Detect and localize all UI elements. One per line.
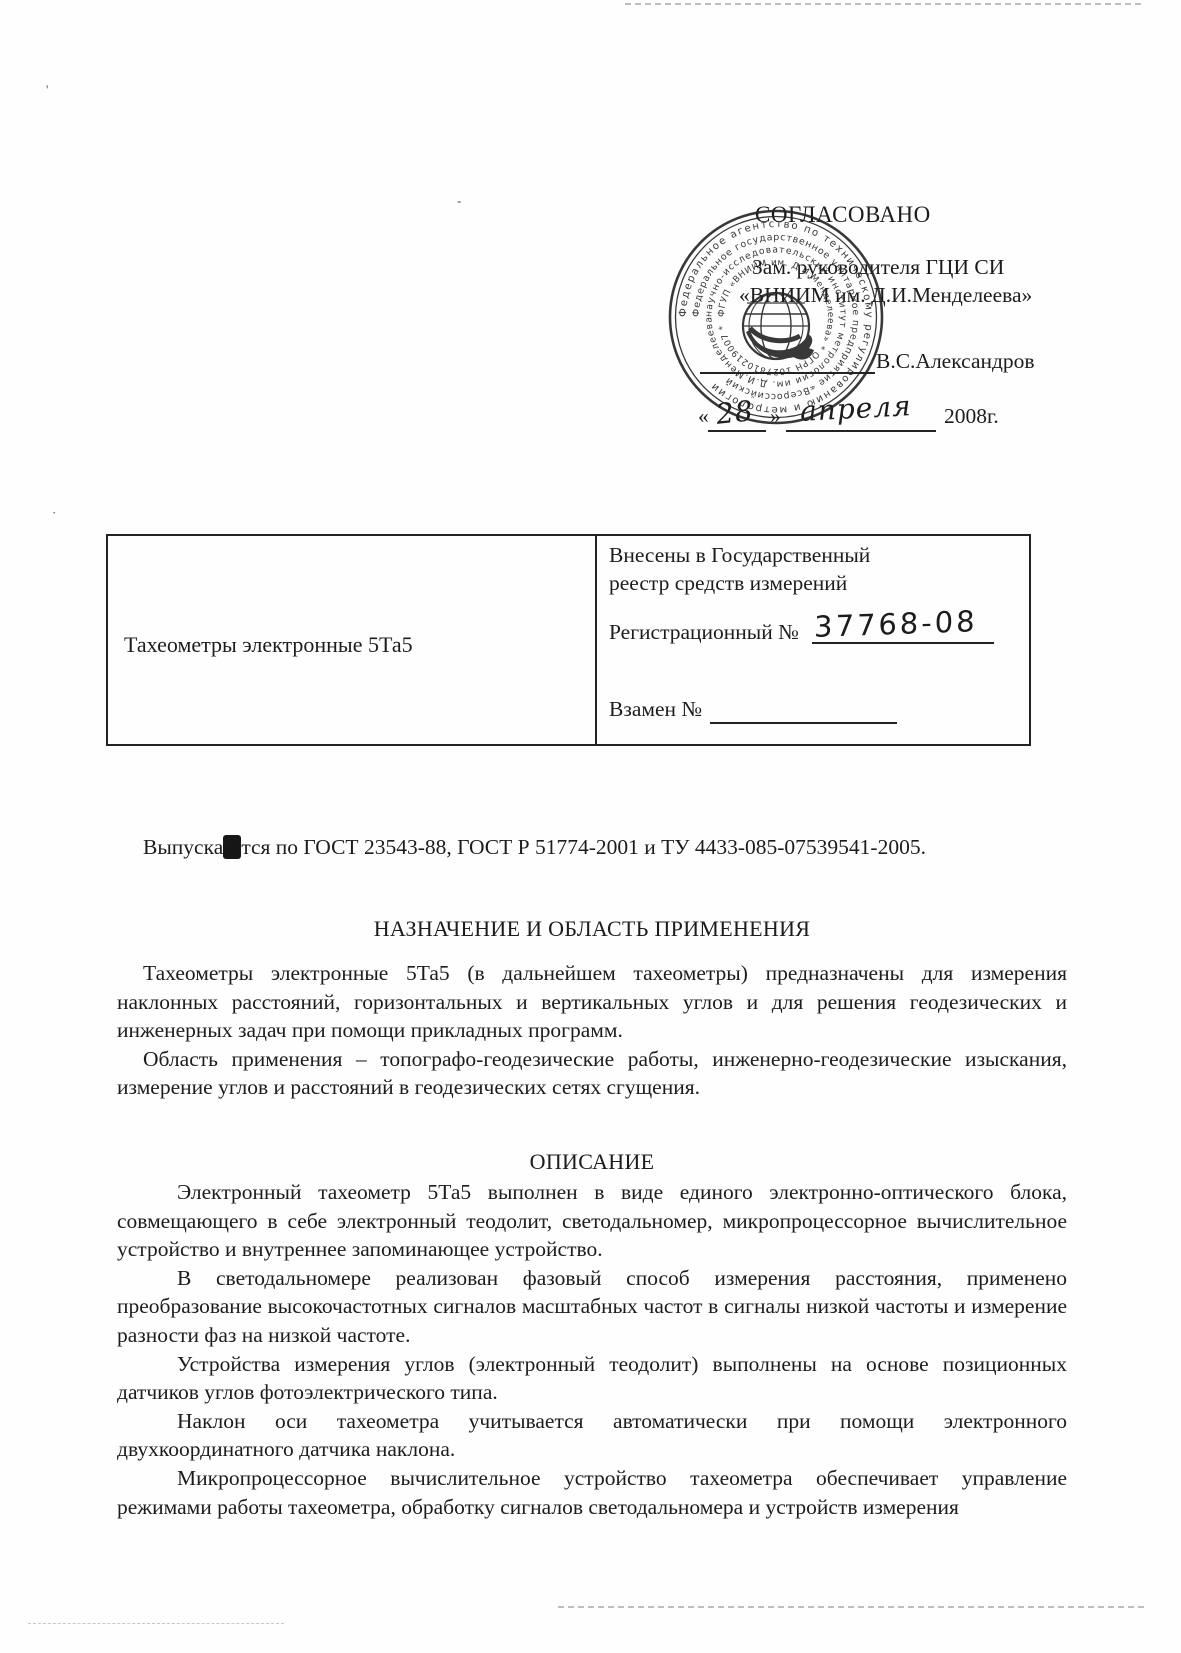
paragraph: Электронный тахеометр 5Та5 выполнен в ви… <box>117 1178 1067 1264</box>
paragraph: Область применения – топографо-геодезиче… <box>117 1045 1067 1102</box>
registry-entry-line1: Внесены в Государственный <box>609 543 870 568</box>
signer-name: В.С.Александров <box>876 349 1035 374</box>
paragraph: Микропроцессорное вычислительное устройс… <box>117 1464 1067 1521</box>
scan-artifact-top-line <box>625 3 1141 5</box>
section-heading-purpose: НАЗНАЧЕНИЕ И ОБЛАСТЬ ПРИМЕНЕНИЯ <box>117 916 1067 942</box>
date-year: 2008г. <box>944 404 999 429</box>
issued-prefix: Выпуска <box>143 835 223 859</box>
scanned-document-page: ' - · СОГЛАСОВАНО Зам. руководителя ГЦИ … <box>0 0 1181 1653</box>
registry-table: Тахеометры электронные 5Та5 Внесены в Го… <box>106 534 1031 746</box>
paragraph: Устройства измерения углов (электронный … <box>117 1350 1067 1407</box>
paragraph: Наклон оси тахеометра учитывается автома… <box>117 1407 1067 1464</box>
issued-standards-line: Выпускаются по ГОСТ 23543-88, ГОСТ Р 517… <box>117 835 1067 860</box>
issued-suffix: тся по ГОСТ 23543-88, ГОСТ Р 51774-2001 … <box>241 835 926 859</box>
registry-table-divider <box>595 536 597 744</box>
section-purpose-body: Тахеометры электронные 5Та5 (в дальнейше… <box>117 959 1067 1102</box>
paragraph: В светодальномере реализован фазовый спо… <box>117 1264 1067 1350</box>
scan-speck-left-margin: · <box>52 505 56 521</box>
ink-blot: ю <box>223 835 241 859</box>
registry-entry-line2: реестр средств измерений <box>609 571 847 596</box>
registration-number-label: Регистрационный № <box>609 620 799 644</box>
section-description-body: Электронный тахеометр 5Та5 выполнен в ви… <box>117 1178 1067 1521</box>
scan-artifact-bottom-line <box>558 1606 1144 1608</box>
registration-number-underline <box>812 620 994 644</box>
scan-speck-top-left: ' <box>46 82 48 98</box>
round-seal-stamp: Федеральное агентство по техническому ре… <box>664 205 888 429</box>
section-heading-description: ОПИСАНИЕ <box>117 1149 1067 1175</box>
stamp-ring2-text: Федеральное государственное унитарное пр… <box>691 232 861 402</box>
replaces-label: Взамен № <box>609 697 702 722</box>
scan-artifact-bottom-left <box>28 1623 284 1624</box>
replaces-underline <box>710 700 897 724</box>
device-name-cell: Тахеометры электронные 5Та5 <box>124 632 413 658</box>
paragraph: Тахеометры электронные 5Та5 (в дальнейше… <box>117 959 1067 1045</box>
stamp-center-emblem <box>743 293 814 360</box>
scan-speck-dash: - <box>457 193 461 209</box>
